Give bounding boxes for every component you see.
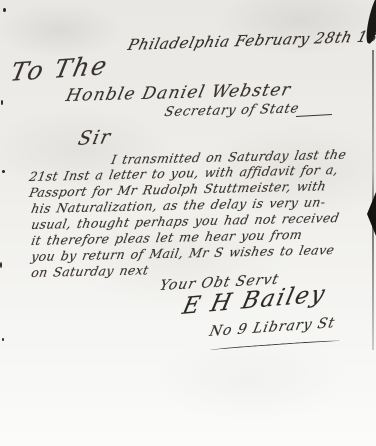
signature-flourish [210,339,340,351]
title-flourish-line [296,114,332,117]
signature-address: No 9 Library St [208,315,337,340]
scan-speck [2,170,5,173]
scan-artifact-right-edge-blob [367,192,376,236]
recipient-title: Secretary of State [163,101,301,120]
body-line: on Saturday next [30,262,150,280]
letter-dateline: Philadelphia February 28th 1852 [126,26,376,54]
scan-speck [3,8,6,12]
scan-speck [0,262,2,268]
scan-speck [1,100,3,105]
salutation: Sir [76,126,114,150]
handwritten-letter-scan: Philadelphia February 28th 1852 To The H… [0,0,376,446]
recipient-to: To The [8,51,111,87]
scan-speck [2,338,4,341]
